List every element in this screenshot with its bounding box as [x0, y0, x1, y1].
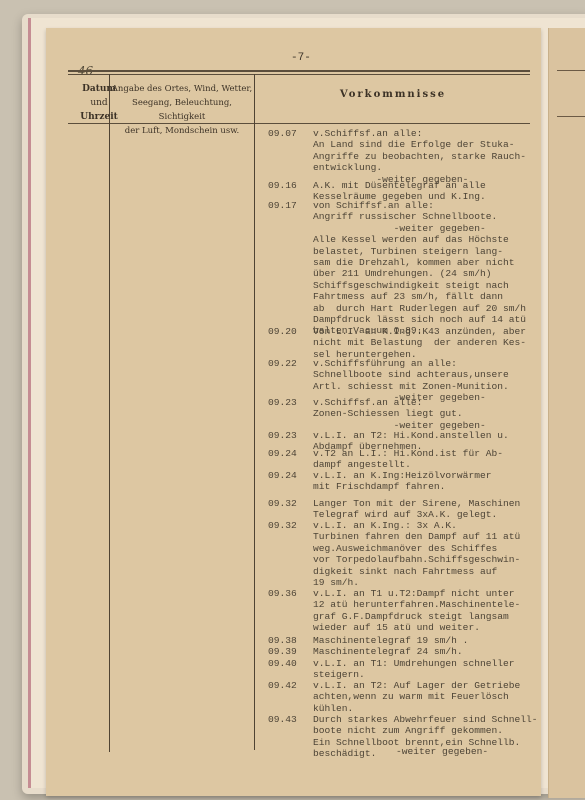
header-vorkommnisse: Vorkommnisse — [256, 88, 530, 102]
entry-line: 19 sm/h. — [313, 577, 553, 588]
entry-time: 09.40 — [268, 658, 308, 669]
entry-line: wieder auf 15 atü und weiter. — [313, 622, 553, 633]
entry-line: v.L.I. an K.Ing:Heizölvorwärmer — [313, 470, 553, 481]
entry-line: Angriff russischer Schnellboote. — [313, 211, 553, 222]
logbook-page: -7- - 46 - Datum und Uhrzeit Angabe des … — [46, 28, 541, 796]
entry-line: Durch starkes Abwehrfeuer sind Schnell- — [313, 714, 553, 725]
header-top-rule-thin — [68, 74, 530, 75]
entry-time: 09.23 — [268, 397, 308, 408]
entry-text: Von L.I. an K.Ing.:K43 anzünden, abernic… — [313, 326, 553, 360]
entry-text: v.L.I. an T1 u.T2:Dampf nicht unter12 at… — [313, 588, 553, 634]
entry-line: entwicklung. — [313, 162, 553, 173]
entry-line: v.T2 an L.I.: Hi.Kond.ist für Ab- — [313, 448, 553, 459]
entry-line: Maschinentelegraf 24 sm/h. — [313, 646, 553, 657]
header-top-rule — [68, 70, 530, 72]
entry-line: 12 atü herunterfahren.Maschinentele- — [313, 599, 553, 610]
entry-line: Angriffe zu beobachten, starke Rauch- — [313, 151, 553, 162]
entry-time: 09.22 — [268, 358, 308, 369]
entry-line: A.K. mit Düsentelegraf an alle — [313, 180, 553, 191]
entry-time: 09.43 — [268, 714, 308, 725]
entry-line: v.L.I. an T2: Auf Lager der Getriebe — [313, 680, 553, 691]
entry-line: v.L.I. an T1 u.T2:Dampf nicht unter — [313, 588, 553, 599]
entry-time: 09.16 — [268, 180, 308, 191]
entry-text: von Schiffsf.an alle:Angriff russischer … — [313, 200, 553, 337]
entry-line: v.L.I. an K.Ing.: 3x A.K. — [313, 520, 553, 531]
entry-line: von Schiffsf.an alle: — [313, 200, 553, 211]
entry-line: sam die Drehzahl, kommen aber nicht — [313, 257, 553, 268]
entry-line: -weiter gegeben- — [313, 223, 553, 234]
entry-line: weg.Ausweichmanöver des Schiffes — [313, 543, 553, 554]
entry-line: v.Schiffsf.an alle: — [313, 397, 553, 408]
column-divider-2 — [254, 74, 255, 750]
entry-line: graf G.F.Dampfdruck steigt langsam — [313, 611, 553, 622]
entry-text: v.Schiffsf.an alle:An Land sind die Erfo… — [313, 128, 553, 185]
entry-line: Von L.I. an K.Ing.:K43 anzünden, aber — [313, 326, 553, 337]
entry-text: Maschinentelegraf 19 sm/h . — [313, 635, 553, 646]
entry-line: Zonen-Schiessen liegt gut. — [313, 408, 553, 419]
entry-line: über 211 Umdrehungen. (24 sm/h) — [313, 268, 553, 279]
entry-time: 09.32 — [268, 498, 308, 509]
entry-line: boote nicht zum Angriff gekommen. — [313, 725, 553, 736]
entry-text: Langer Ton mit der Sirene, MaschinenTele… — [313, 498, 553, 521]
entry-text: Maschinentelegraf 24 sm/h. — [313, 646, 553, 657]
entry-line: Alle Kessel werden auf das Höchste — [313, 234, 553, 245]
entry-line: v.Schiffsführung an alle: — [313, 358, 553, 369]
entry-time: 09.24 — [268, 470, 308, 481]
entry-line: Langer Ton mit der Sirene, Maschinen — [313, 498, 553, 509]
entry-time: 09.23 — [268, 430, 308, 441]
entry-text: v.L.I. an T2: Auf Lager der Getriebeacht… — [313, 680, 553, 714]
entry-time: 09.39 — [268, 646, 308, 657]
facing-page-edge — [548, 28, 585, 798]
entry-text: v.T2 an L.I.: Hi.Kond.ist für Ab-dampf a… — [313, 448, 553, 471]
entry-line: digkeit sinkt nach Fahrtmess auf — [313, 566, 553, 577]
entry-line: Turbinen fahren den Dampf auf 11 atü — [313, 531, 553, 542]
header-location-weather: Angabe des Ortes, Wind, Wetter, Seegang,… — [110, 82, 254, 138]
entry-time: 09.32 — [268, 520, 308, 531]
entry-time: 09.07 — [268, 128, 308, 139]
entry-line: Schnellboote sind achteraus,unsere — [313, 369, 553, 380]
entry-time: 09.24 — [268, 448, 308, 459]
page-number: -7- — [291, 52, 311, 64]
entry-line: Schiffsgeschwindigkeit steigt nach — [313, 280, 553, 291]
entry-time: 09.17 — [268, 200, 308, 211]
entry-line: v.L.I. an T1: Umdrehungen schneller — [313, 658, 553, 669]
entry-time: 09.36 — [268, 588, 308, 599]
entry-line: vor Torpedolaufbahn.Schiffsgeschwin- — [313, 554, 553, 565]
entry-line: belastet, Turbinen steigern lang- — [313, 246, 553, 257]
entry-line: nicht mit Belastung der anderen Kes- — [313, 337, 553, 348]
entry-text: v.Schiffsf.an alle:Zonen-Schiessen liegt… — [313, 397, 553, 431]
entry-text: v.L.I. an K.Ing.: 3x A.K.Turbinen fahren… — [313, 520, 553, 588]
entry-text: v.L.I. an T1: Umdrehungen schnellersteig… — [313, 658, 553, 681]
entry-line: Dampfdruck lässt sich noch auf 14 atü — [313, 314, 553, 325]
entry-text: v.L.I. an K.Ing:Heizölvorwärmermit Frisc… — [313, 470, 553, 493]
entry-line: v.Schiffsf.an alle: — [313, 128, 553, 139]
entry-time: 09.38 — [268, 635, 308, 646]
entry-line: Fahrtmess auf 23 sm/h, fällt dann — [313, 291, 553, 302]
entry-line: achten,wenn zu warm mit Feuerlösch — [313, 691, 553, 702]
entry-line: ab durch Hart Ruderlegen auf 20 sm/h — [313, 303, 553, 314]
entry-line: Maschinentelegraf 19 sm/h . — [313, 635, 553, 646]
column-divider-1 — [109, 74, 110, 752]
entry-line: mit Frischdampf fahren. — [313, 481, 553, 492]
entry-time: 09.20 — [268, 326, 308, 337]
entry-line: v.L.I. an T2: Hi.Kond.anstellen u. — [313, 430, 553, 441]
entry-line: kühlen. — [313, 703, 553, 714]
entry-line: Artl. schiesst mit Zonen-Munition. — [313, 381, 553, 392]
entry-time: 09.42 — [268, 680, 308, 691]
entry-line: An Land sind die Erfolge der Stuka- — [313, 139, 553, 150]
